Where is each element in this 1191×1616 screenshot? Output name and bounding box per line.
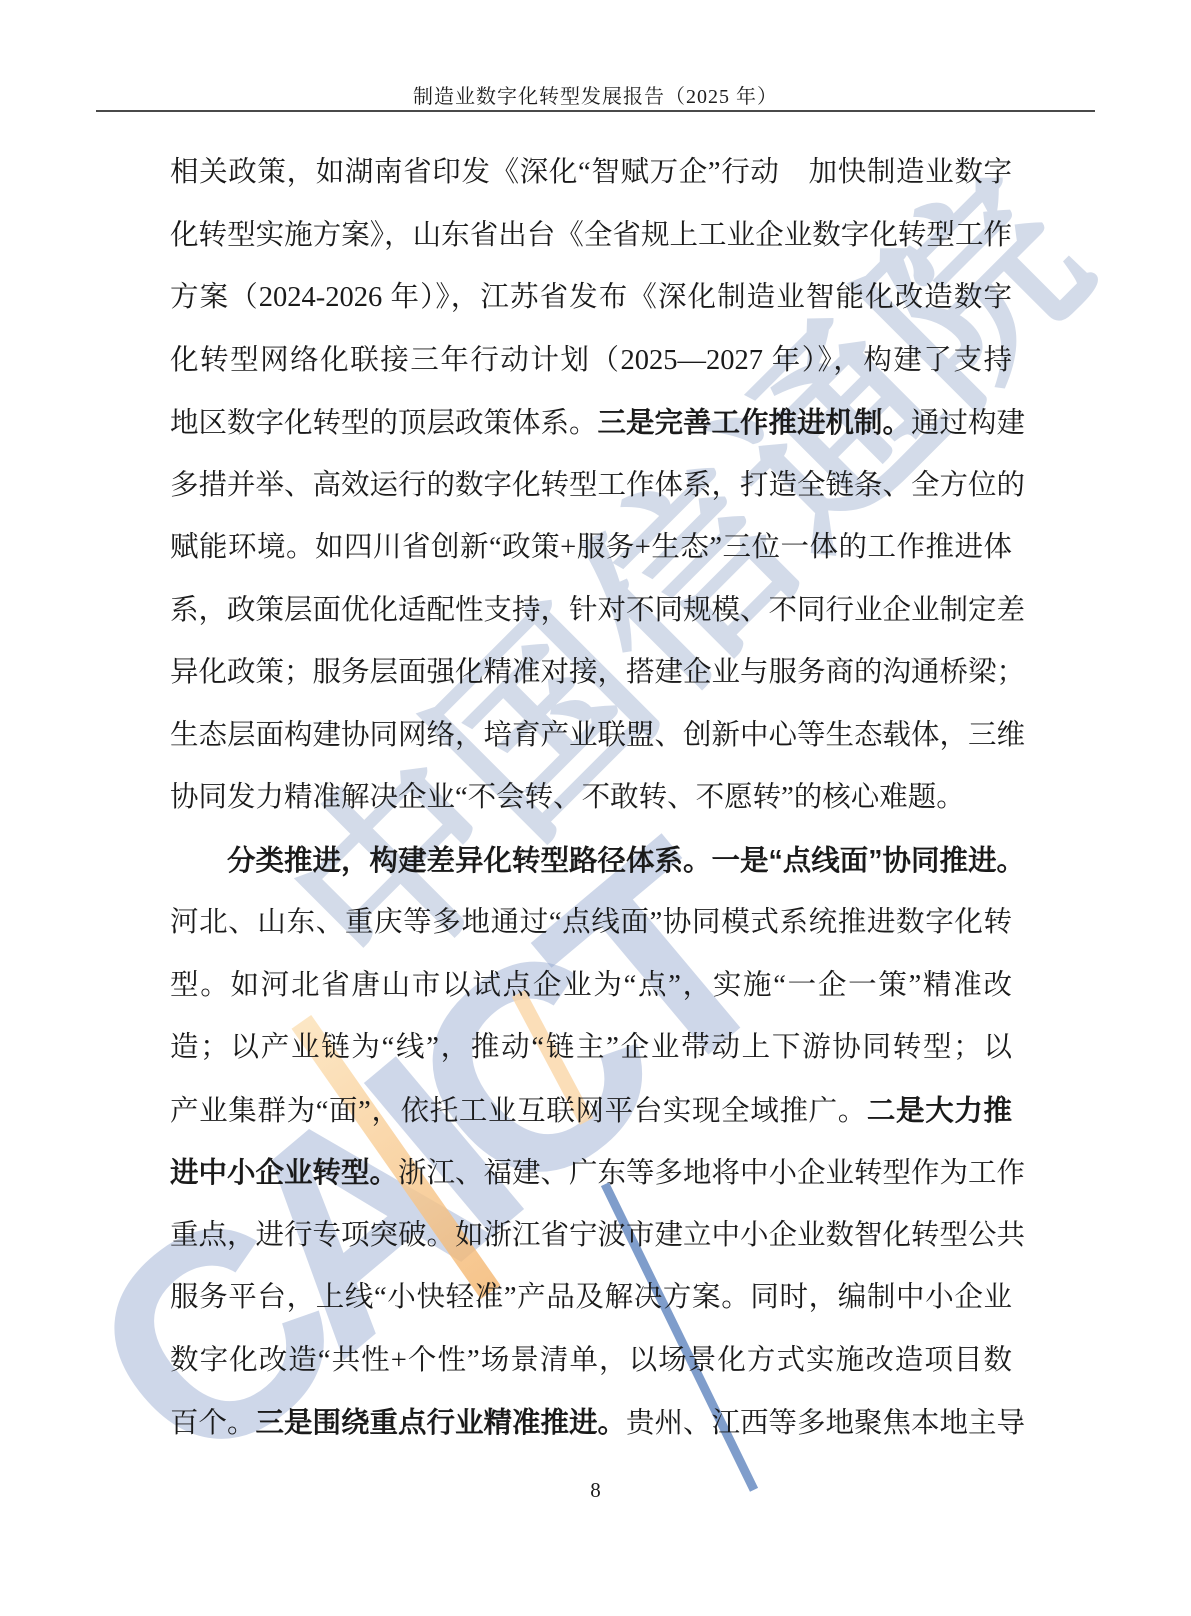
bold-text-run: 进中小企业转型。 — [170, 1157, 398, 1189]
bold-text-run: 三是围绕重点行业精准推进。 — [256, 1407, 627, 1439]
text-line: 异化政策；服务层面强化精准对接，搭建企业与服务商的沟通桥梁； — [170, 642, 1012, 705]
text-run: 型。如河北省唐山市以试点企业为“点”，实施“一企一策”精准改 — [170, 970, 1012, 1001]
text-run: 化转型实施方案》，山东省出台《全省规上工业企业数字化转型工作 — [170, 220, 1012, 251]
text-line: 多措并举、高效运行的数字化转型工作体系，打造全链条、全方位的 — [170, 455, 1012, 518]
text-line: 相关政策，如湖南省印发《深化“智赋万企”行动 加快制造业数字 — [170, 142, 1012, 205]
text-run: 通过构建 — [911, 408, 1025, 439]
header-title: 制造业数字化转型发展报告（2025 年） — [0, 80, 1191, 109]
text-run: 赋能环境。如四川省创新“政策+服务+生态”三位一体的工作推进体 — [170, 532, 1012, 563]
document-page: 中国信通院 CAICT 制造业数字化转型发展报告（2025 年） 相关政策，如湖… — [0, 0, 1191, 1616]
text-line: 化转型实施方案》，山东省出台《全省规上工业企业数字化转型工作 — [170, 205, 1012, 268]
text-run: 河北、山东、重庆等多地通过“点线面”协同模式系统推进数字化转 — [170, 907, 1012, 938]
text-line: 产业集群为“面”，依托工业互联网平台实现全域推广。二是大力推 — [170, 1080, 1012, 1143]
text-run: 服务平台，上线“小快轻准”产品及解决方案。同时，编制中小企业 — [170, 1282, 1012, 1313]
text-line: 地区数字化转型的顶层政策体系。三是完善工作推进机制。通过构建 — [170, 392, 1012, 455]
text-run: 相关政策，如湖南省印发《深化“智赋万企”行动 加快制造业数字 — [170, 157, 1012, 188]
text-run: 协同发力精准解决企业“不会转、不敢转、不愿转”的核心难题。 — [170, 782, 965, 813]
text-line: 化转型网络化联接三年行动计划（2025—2027 年）》，构建了支持 — [170, 330, 1012, 393]
text-run: 方案（2024-2026 年）》，江苏省发布《深化制造业智能化改造数字 — [170, 282, 1012, 313]
text-line: 数字化改造“共性+个性”场景清单，以场景化方式实施改造项目数 — [170, 1330, 1012, 1393]
text-line: 生态层面构建协同网络，培育产业联盟、创新中心等生态载体，三维 — [170, 705, 1012, 768]
text-run: 化转型网络化联接三年行动计划（2025—2027 年）》，构建了支持 — [170, 345, 1012, 376]
text-line: 重点，进行专项突破。如浙江省宁波市建立中小企业数智化转型公共 — [170, 1205, 1012, 1268]
text-run: 产业集群为“面”，依托工业互联网平台实现全域推广。 — [170, 1096, 867, 1127]
text-line: 方案（2024-2026 年）》，江苏省发布《深化制造业智能化改造数字 — [170, 267, 1012, 330]
text-line: 赋能环境。如四川省创新“政策+服务+生态”三位一体的工作推进体 — [170, 517, 1012, 580]
text-line: 协同发力精准解决企业“不会转、不敢转、不愿转”的核心难题。 — [170, 767, 1012, 830]
text-run: 浙江、福建、广东等多地将中小企业转型作为工作 — [398, 1158, 1025, 1189]
text-line: 型。如河北省唐山市以试点企业为“点”，实施“一企一策”精准改 — [170, 955, 1012, 1018]
text-run: 贵州、江西等多地聚焦本地主导 — [626, 1408, 1025, 1439]
text-line: 进中小企业转型。浙江、福建、广东等多地将中小企业转型作为工作 — [170, 1142, 1012, 1205]
text-run: 百个。 — [170, 1408, 256, 1439]
bold-text-run: 分类推进，构建差异化转型路径体系。一是“点线面”协同推进。 — [227, 845, 1025, 877]
text-run: 数字化改造“共性+个性”场景清单，以场景化方式实施改造项目数 — [170, 1345, 1012, 1376]
text-run: 异化政策；服务层面强化精准对接，搭建企业与服务商的沟通桥梁； — [170, 657, 1025, 688]
text-run: 系，政策层面优化适配性支持，针对不同规模、不同行业企业制定差 — [170, 595, 1025, 626]
text-run: 重点，进行专项突破。如浙江省宁波市建立中小企业数智化转型公共 — [170, 1220, 1025, 1251]
text-run: 地区数字化转型的顶层政策体系。 — [170, 408, 598, 439]
page-number: 8 — [0, 1478, 1191, 1503]
text-line: 服务平台，上线“小快轻准”产品及解决方案。同时，编制中小企业 — [170, 1267, 1012, 1330]
bold-text-run: 二是大力推 — [867, 1095, 1012, 1127]
text-run: 生态层面构建协同网络，培育产业联盟、创新中心等生态载体，三维 — [170, 720, 1025, 751]
text-line: 河北、山东、重庆等多地通过“点线面”协同模式系统推进数字化转 — [170, 892, 1012, 955]
header-rule — [96, 110, 1095, 112]
text-run: 多措并举、高效运行的数字化转型工作体系，打造全链条、全方位的 — [170, 470, 1025, 501]
bold-text-run: 三是完善工作推进机制。 — [598, 407, 912, 439]
text-line: 百个。三是围绕重点行业精准推进。贵州、江西等多地聚焦本地主导 — [170, 1392, 1012, 1455]
text-line: 系，政策层面优化适配性支持，针对不同规模、不同行业企业制定差 — [170, 580, 1012, 643]
text-run: 造；以产业链为“线”，推动“链主”企业带动上下游协同转型；以 — [170, 1032, 1012, 1063]
text-line: 造；以产业链为“线”，推动“链主”企业带动上下游协同转型；以 — [170, 1017, 1012, 1080]
text-line: 分类推进，构建差异化转型路径体系。一是“点线面”协同推进。 — [170, 830, 1012, 893]
text-block: 相关政策，如湖南省印发《深化“智赋万企”行动 加快制造业数字化转型实施方案》，山… — [170, 142, 1012, 1455]
